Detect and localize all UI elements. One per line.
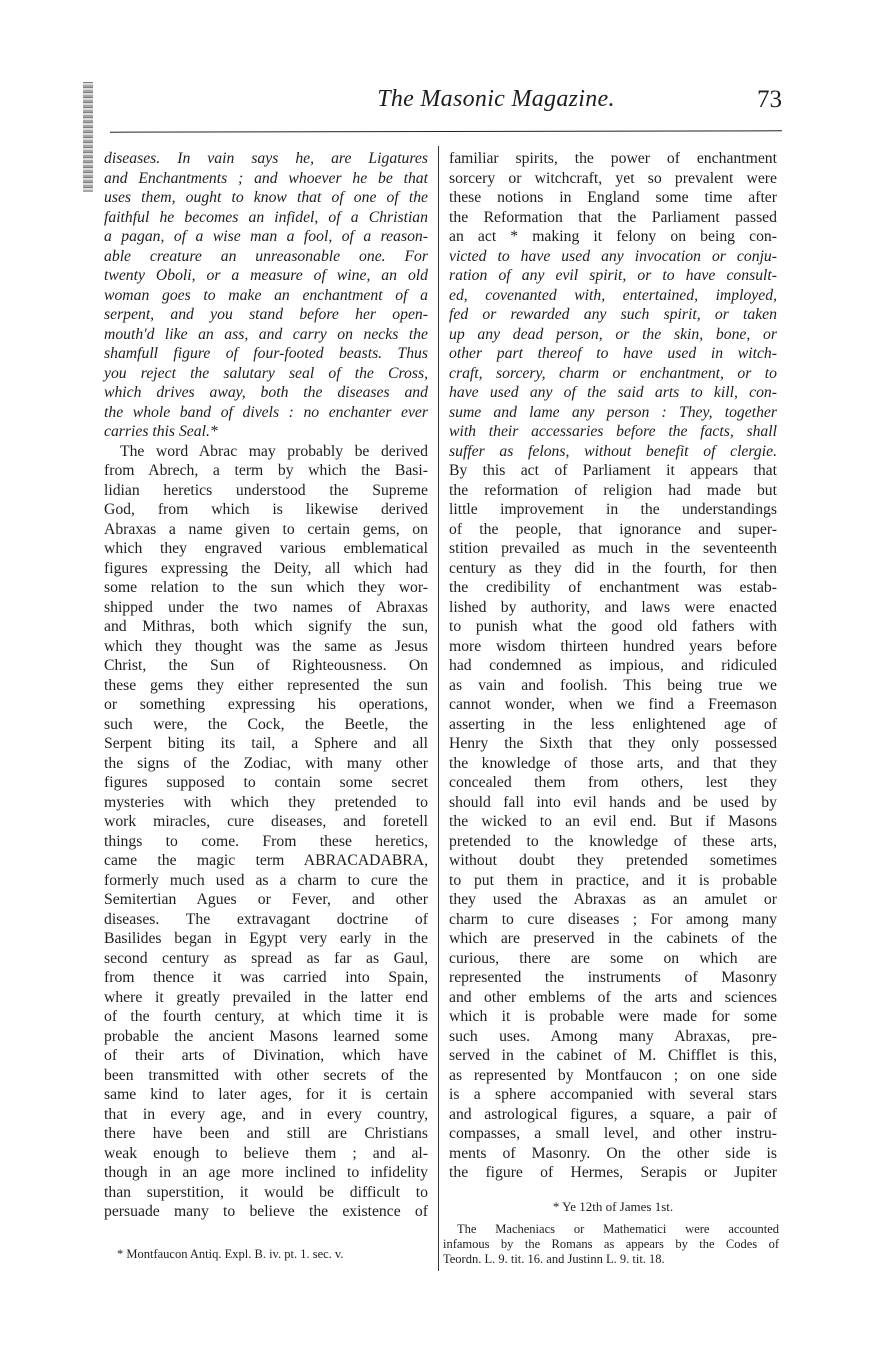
text-line: more wisdom thirteen hundred years befor… xyxy=(449,637,777,657)
text-line: mouth'd like an ass, and carry on necks … xyxy=(104,325,428,345)
text-line: figures supposed to contain some secret xyxy=(104,773,428,793)
text-line: pretended to the knowledge of these arts… xyxy=(449,832,777,852)
text-line: formerly much used as a charm to cure th… xyxy=(104,871,428,891)
text-line: you reject the salutary seal of the Cros… xyxy=(104,364,428,384)
text-line: such uses. Among many Abraxas, pre- xyxy=(449,1027,777,1047)
text-line: the signs of the Zodiac, with many other xyxy=(104,754,428,774)
footnote-line: Teordn. L. 9. tit. 16. and Justinn L. 9.… xyxy=(443,1252,779,1267)
text-line: familiar spirits, the power of enchantme… xyxy=(449,149,777,169)
page-number: 73 xyxy=(757,86,782,114)
text-line: diseases. In vain says he, are Ligatures xyxy=(104,149,428,169)
text-line: shamfull figure of four-footed beasts. T… xyxy=(104,344,428,364)
text-line: other part thereof to have used in witch… xyxy=(449,344,777,364)
text-line: Basilides began in Egypt very early in t… xyxy=(104,929,428,949)
text-line: concealed them from others, lest they xyxy=(449,773,777,793)
text-line: should fall into evil hands and be used … xyxy=(449,793,777,813)
text-line: from Abrech, a term by which the Basi- xyxy=(104,461,428,481)
text-line: came the magic term ABRACADABRA, xyxy=(104,851,428,871)
text-line: victed to have used any invocation or co… xyxy=(449,247,777,267)
footnote-right-mathematici: The Macheniacs or Mathematici were accou… xyxy=(443,1222,779,1267)
text-line: serpent, and you stand before her open- xyxy=(104,305,428,325)
text-line: had condemned as impious, and ridiculed xyxy=(449,656,777,676)
footnote-line: infamous by the Romans as appears by the… xyxy=(443,1237,779,1252)
text-line: of the fourth century, at which time it … xyxy=(104,1007,428,1027)
text-line: faithful he becomes an infidel, of a Chr… xyxy=(104,208,428,228)
footnote-right-act: * Ye 12th of James 1st. xyxy=(449,1199,777,1215)
text-line: Abraxas a name given to certain gems, on xyxy=(104,520,428,540)
text-line: have used any of the said arts to kill, … xyxy=(449,383,777,403)
text-line: By this act of Parliament it appears tha… xyxy=(449,461,777,481)
text-line: cannot wonder, when we find a Freemason xyxy=(449,695,777,715)
text-line: served in the cabinet of M. Chifflet is … xyxy=(449,1046,777,1066)
text-line: such were, the Cock, the Beetle, the xyxy=(104,715,428,735)
footnote-line: The Macheniacs or Mathematici were accou… xyxy=(443,1222,779,1237)
text-line: sorcery or witchcraft, yet so prevalent … xyxy=(449,169,777,189)
text-line: asserting in the less enlightened age of xyxy=(449,715,777,735)
text-line: as represented by Montfaucon ; on one si… xyxy=(449,1066,777,1086)
text-line: to put them in practice, and it is proba… xyxy=(449,871,777,891)
text-line: represented the instruments of Masonry xyxy=(449,968,777,988)
text-line: curious, there are some on which are xyxy=(449,949,777,969)
text-line: as vain and foolish. This being true we xyxy=(449,676,777,696)
text-line: the reformation of religion had made but xyxy=(449,481,777,501)
text-line: there have been and still are Christians xyxy=(104,1124,428,1144)
text-line: able creature an unreasonable one. For xyxy=(104,247,428,267)
text-line: ments of Masonry. On the other side is xyxy=(449,1144,777,1164)
header-rule xyxy=(110,130,782,132)
magazine-title: The Masonic Magazine. xyxy=(110,86,782,113)
text-line: stition prevailed as much in the sevente… xyxy=(449,539,777,559)
text-line: second century as spread as far as Gaul, xyxy=(104,949,428,969)
text-line: century as they did in the fourth, for t… xyxy=(449,559,777,579)
text-line: some relation to the sun which they wor- xyxy=(104,578,428,598)
text-line: little improvement in the understandings xyxy=(449,500,777,520)
text-line: same kind to later ages, for it is certa… xyxy=(104,1085,428,1105)
text-line: mysteries with which they pretended to xyxy=(104,793,428,813)
right-column: familiar spirits, the power of enchantme… xyxy=(449,149,777,1183)
text-line: they used the Abraxas as an amulet or xyxy=(449,890,777,910)
text-line: Semitertian Agues or Fever, and other xyxy=(104,890,428,910)
text-line: twenty Oboli, or a measure of wine, an o… xyxy=(104,266,428,286)
text-line: the knowledge of those arts, and that th… xyxy=(449,754,777,774)
text-line: of their arts of Divination, which have xyxy=(104,1046,428,1066)
text-line: Serpent biting its tail, a Sphere and al… xyxy=(104,734,428,754)
text-line: from thence it was carried into Spain, xyxy=(104,968,428,988)
text-line: the figure of Hermes, Serapis or Jupiter xyxy=(449,1163,777,1183)
text-line: a pagan, of a wise man a fool, of a reas… xyxy=(104,227,428,247)
text-line: fed or rewarded any such spirit, or take… xyxy=(449,305,777,325)
text-line: to punish what the good old fathers with xyxy=(449,617,777,637)
text-line: diseases. The extravagant doctrine of xyxy=(104,910,428,930)
text-line: lidian heretics understood the Supreme xyxy=(104,481,428,501)
text-line: which drives away, both the diseases and xyxy=(104,383,428,403)
text-line: an act * making it felony on being con- xyxy=(449,227,777,247)
text-line: the wicked to an evil end. But if Masons xyxy=(449,812,777,832)
text-line: or something expressing his operations, xyxy=(104,695,428,715)
text-line: though in an age more inclined to infide… xyxy=(104,1163,428,1183)
running-head: The Masonic Magazine. 73 xyxy=(110,80,782,120)
text-line: charm to cure diseases ; For among many xyxy=(449,910,777,930)
text-line: God, from which is likewise derived xyxy=(104,500,428,520)
text-line: without doubt they pretended sometimes xyxy=(449,851,777,871)
text-line: the whole band of divels : no enchanter … xyxy=(104,403,428,423)
text-line: than superstition, it would be difficult… xyxy=(104,1183,428,1203)
text-line: probable the ancient Masons learned some xyxy=(104,1027,428,1047)
text-line: figures expressing the Deity, all which … xyxy=(104,559,428,579)
text-line: is a sphere accompanied with several sta… xyxy=(449,1085,777,1105)
text-line: and other emblems of the arts and scienc… xyxy=(449,988,777,1008)
text-line: ed, covenanted with, entertained, imploy… xyxy=(449,286,777,306)
text-line: craft, sorcery, charm or enchantment, or… xyxy=(449,364,777,384)
text-line: sume and lame any person : They, togethe… xyxy=(449,403,777,423)
text-line: lished by authority, and laws were enact… xyxy=(449,598,777,618)
text-line: these notions in England some time after xyxy=(449,188,777,208)
text-line: shipped under the two names of Abraxas xyxy=(104,598,428,618)
text-line: that in every age, and in every country, xyxy=(104,1105,428,1125)
text-line: Henry the Sixth that they only possessed xyxy=(449,734,777,754)
column-divider xyxy=(438,146,439,1271)
text-line: and Mithras, both which signify the sun, xyxy=(104,617,428,637)
text-line: weak enough to believe them ; and al- xyxy=(104,1144,428,1164)
page-binding-edge xyxy=(83,82,93,192)
text-line: suffer as felons, without benefit of cle… xyxy=(449,442,777,462)
body-paragraph: The word Abrac may probably be derived f… xyxy=(104,442,428,1222)
text-line: which it is probable were made for some xyxy=(449,1007,777,1027)
footnote-left: * Montfaucon Antiq. Expl. B. iv. pt. 1. … xyxy=(117,1247,417,1262)
text-line: up any dead person, or the skin, bone, o… xyxy=(449,325,777,345)
text-line: which they engraved various emblematical xyxy=(104,539,428,559)
quoted-passage: diseases. In vain says he, are Ligatures… xyxy=(104,149,428,442)
text-line: persuade many to believe the existence o… xyxy=(104,1202,428,1222)
text-line: the Reformation that the Parliament pass… xyxy=(449,208,777,228)
text-line: been transmitted with other secrets of t… xyxy=(104,1066,428,1086)
text-line: where it greatly prevailed in the latter… xyxy=(104,988,428,1008)
text-line: work miracles, cure diseases, and forete… xyxy=(104,812,428,832)
text-line: of the people, that ignorance and super- xyxy=(449,520,777,540)
text-line: the credibility of enchantment was estab… xyxy=(449,578,777,598)
text-line: things to come. From these heretics, xyxy=(104,832,428,852)
text-line: with their accessaries before the facts,… xyxy=(449,422,777,442)
text-line: and astrological figures, a square, a pa… xyxy=(449,1105,777,1125)
text-line: ration of any evil spirit, or to have co… xyxy=(449,266,777,286)
text-line: uses them, ought to know that of one of … xyxy=(104,188,428,208)
text-line: carries this Seal.* xyxy=(104,422,428,442)
text-line: and Enchantments ; and whoever he be tha… xyxy=(104,169,428,189)
text-line: these gems they either represented the s… xyxy=(104,676,428,696)
text-line: which they thought was the same as Jesus xyxy=(104,637,428,657)
text-line: The word Abrac may probably be derived xyxy=(104,442,428,462)
text-line: Christ, the Sun of Righteousness. On xyxy=(104,656,428,676)
left-column: diseases. In vain says he, are Ligatures… xyxy=(104,149,428,1222)
text-line: compasses, a small level, and other inst… xyxy=(449,1124,777,1144)
text-line: which are preserved in the cabinets of t… xyxy=(449,929,777,949)
text-line: woman goes to make an enchantment of a xyxy=(104,286,428,306)
